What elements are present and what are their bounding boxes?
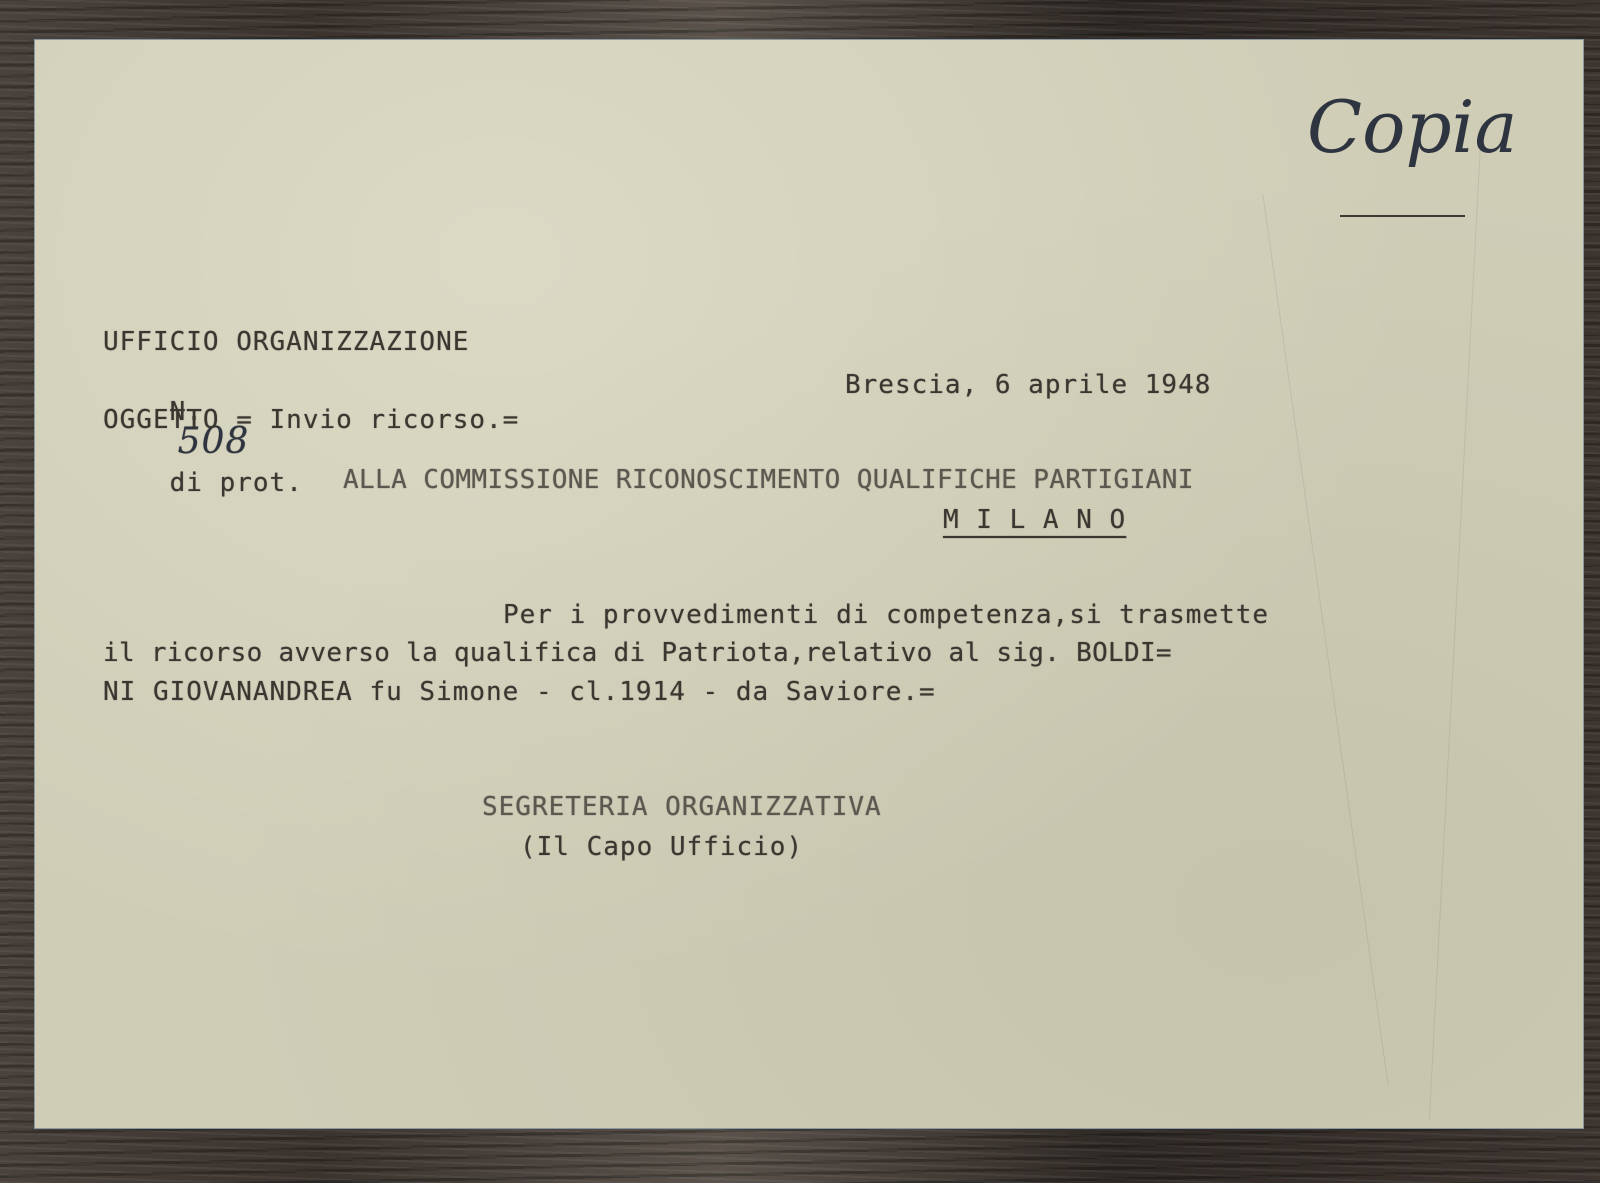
recipient-city: M I L A N O [943, 505, 1126, 535]
handwritten-copia-mark: Copia [1307, 85, 1517, 169]
paper-crease [1429, 121, 1482, 1120]
signature-role: (Il Capo Ufficio) [520, 832, 803, 862]
body-line-1: Per i provvedimenti di competenza,si tra… [503, 600, 1269, 630]
body-line-3: NI GIOVANANDREA fu Simone - cl.1914 - da… [103, 677, 936, 707]
recipient-line: ALLA COMMISSIONE RICONOSCIMENTO QUALIFIC… [343, 465, 1194, 495]
place-date: Brescia, 6 aprile 1948 [845, 370, 1211, 400]
body-line-2: il ricorso avverso la qualifica di Patri… [103, 638, 1172, 668]
protocol-suffix: di prot. [170, 468, 303, 498]
handwritten-underline [1340, 215, 1465, 217]
subject-line: OGGETTO = Invio ricorso.= [103, 405, 519, 435]
office-heading: UFFICIO ORGANIZZAZIONE [103, 327, 469, 357]
protocol-line: N. 508 di prot. [103, 367, 303, 528]
document-sheet: Copia UFFICIO ORGANIZZAZIONE N. 508 di p… [35, 40, 1583, 1128]
paper-crease [1262, 194, 1388, 1085]
signature-office: SEGRETERIA ORGANIZZATIVA [482, 792, 882, 822]
